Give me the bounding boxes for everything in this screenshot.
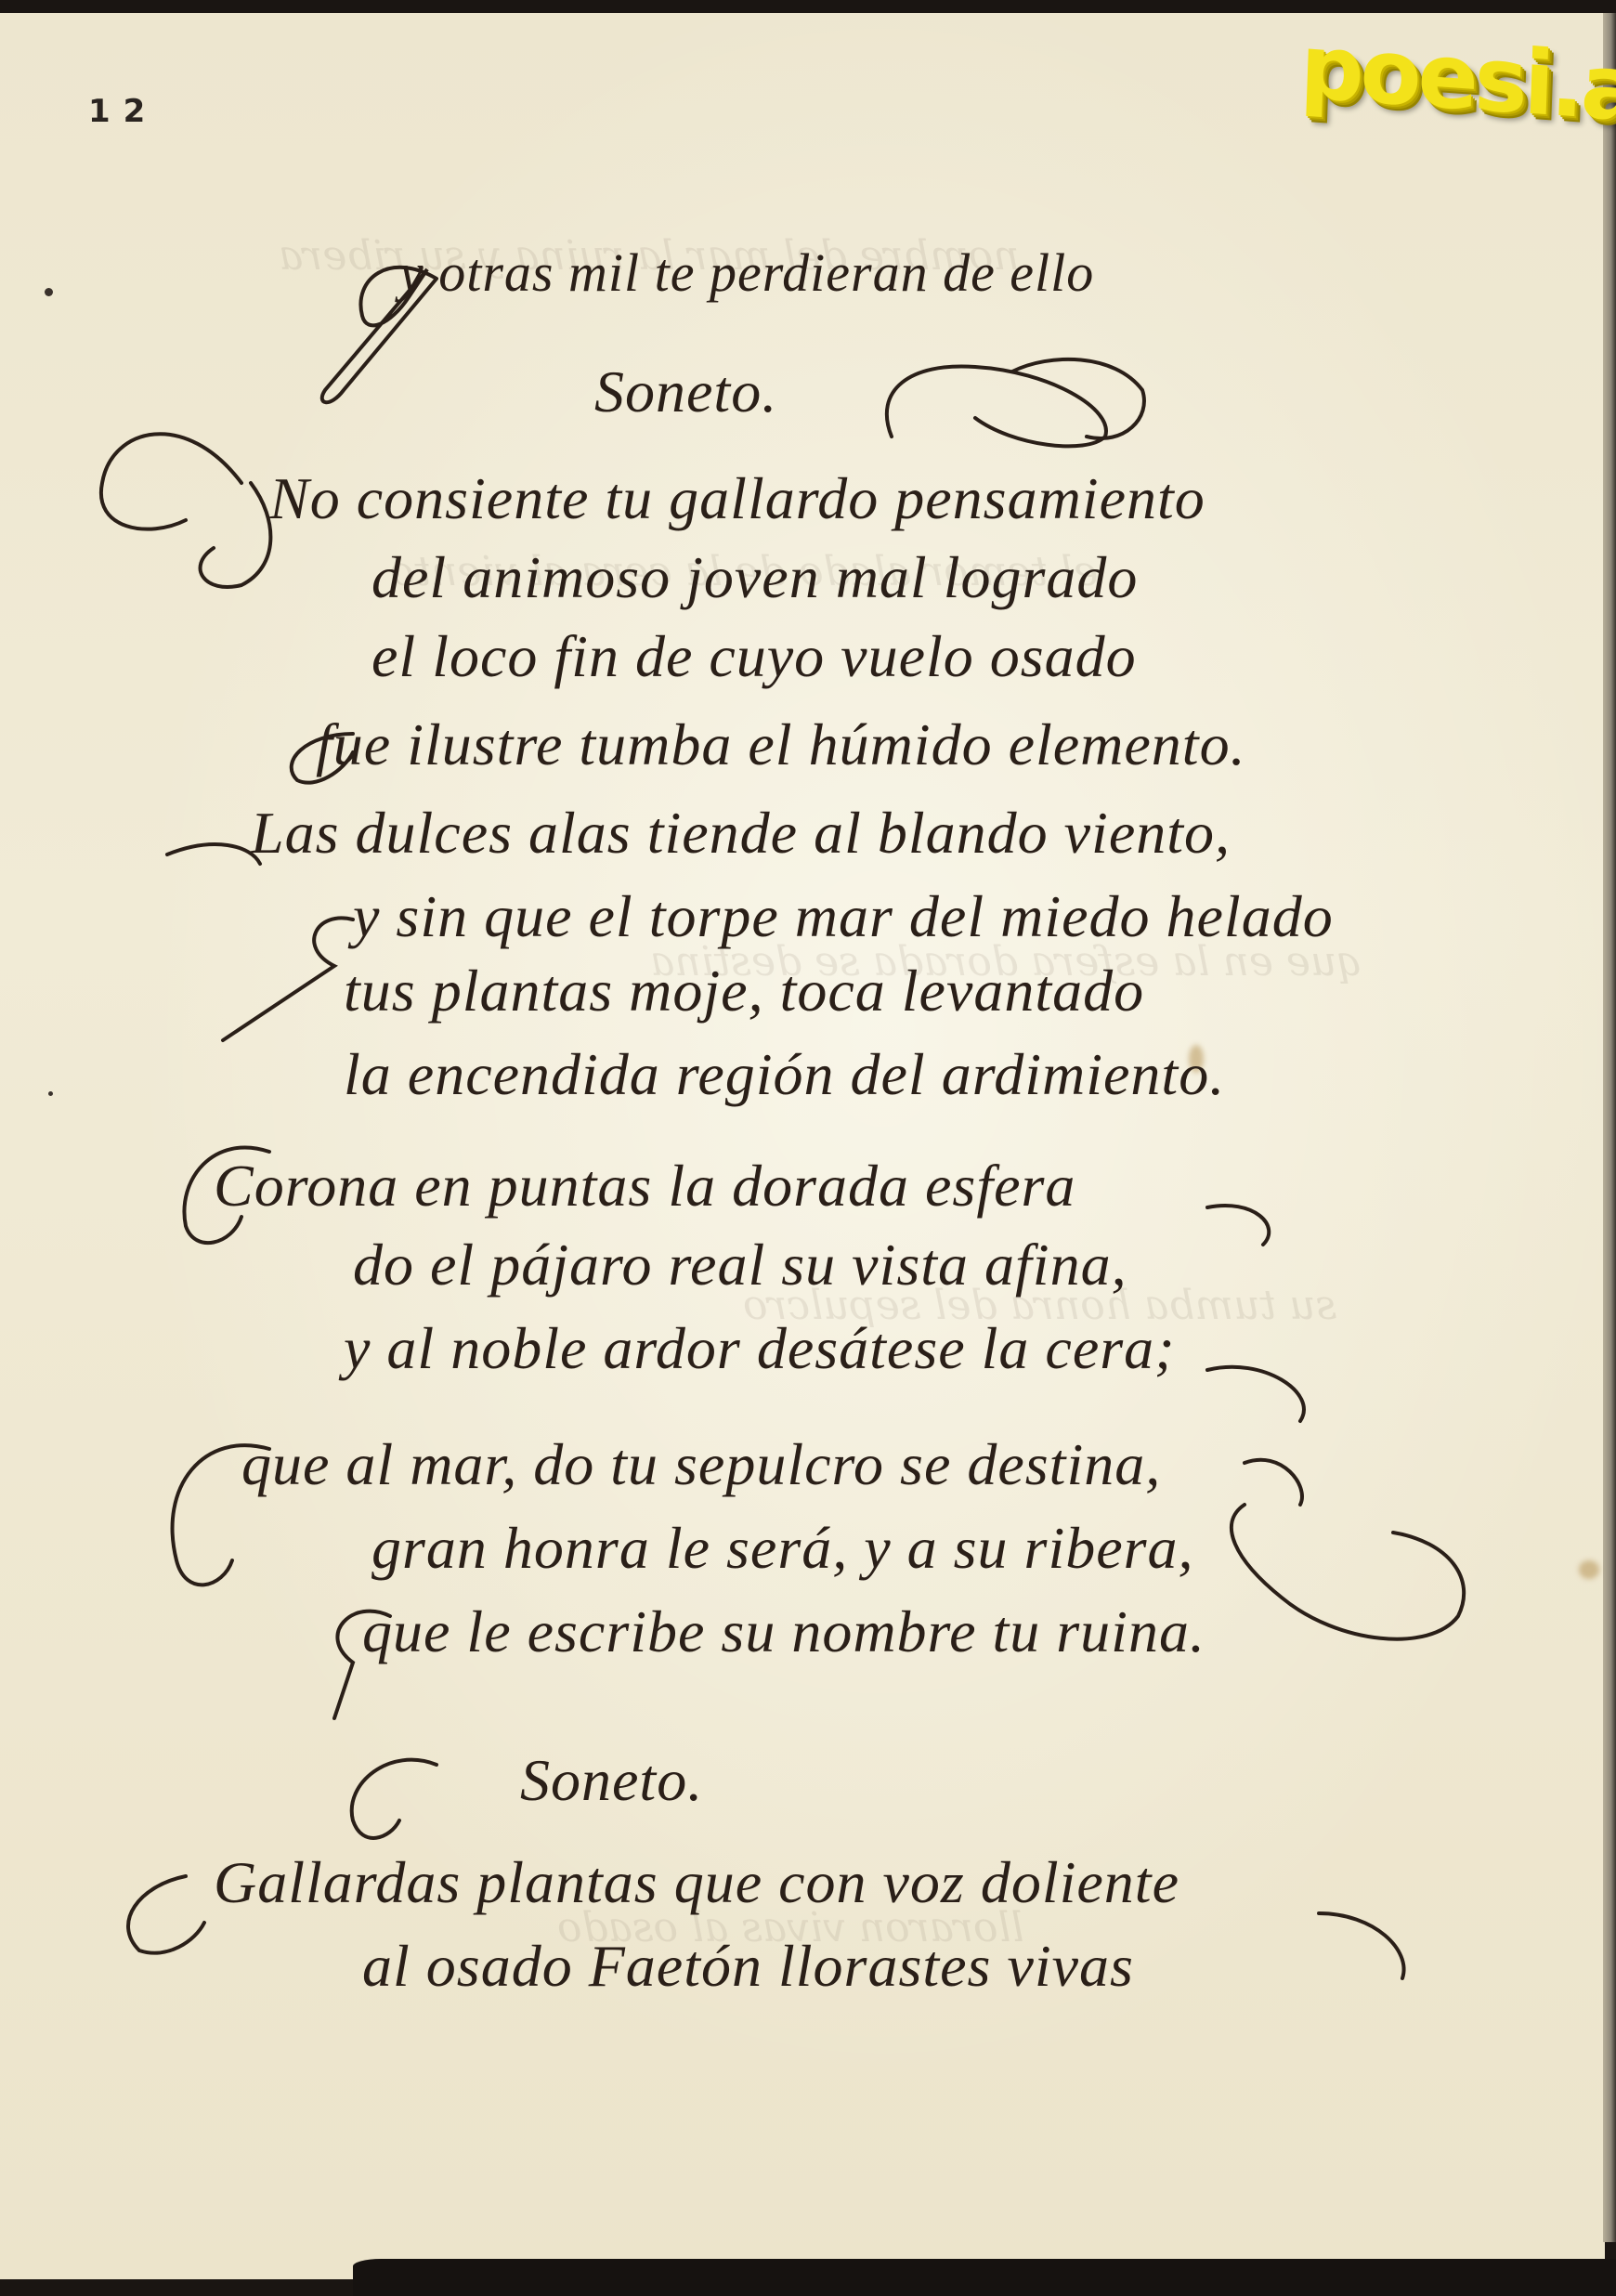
sonnet-line: Las dulces alas tiende al blando viento, [251,799,1231,868]
sonnet-line: del animoso joven mal logrado [371,543,1138,612]
sonnet-line: tus plantas moje, toca levantado [344,957,1144,1025]
sonnet-line: el loco fin de cuyo vuelo osado [371,622,1137,691]
sonnet-line: la encendida región del ardimiento. [344,1040,1225,1109]
sonnet-line: gran honra le será, y a su ribera, [371,1514,1194,1583]
sonnet-line: al osado Faetón llorastes vivas [362,1932,1134,2001]
binding-shadow [353,2259,1616,2296]
sonnet-line: y al noble ardor desátese la cera; [344,1314,1175,1383]
sonnet-line: do el pájaro real su vista afina, [353,1231,1127,1299]
sonnet-line: fue ilustre tumba el húmido elemento. [316,711,1246,779]
sonnet-line: Corona en puntas la dorada esfera [214,1152,1075,1220]
sonnet-line: y sin que el torpe mar del miedo helado [353,882,1334,951]
sonnet-line: que le escribe su nombre tu ruina. [362,1598,1205,1666]
sonnet-heading: Soneto. [520,1746,703,1815]
ink-stain [1579,1560,1599,1579]
sonnet-line: No consiente tu gallardo pensamiento [269,464,1205,533]
folio-mark: 12 [88,93,158,130]
header-line: y otras mil te perdieran de ello [399,241,1094,304]
ink-dot [48,1091,53,1096]
page-edge [1603,13,1616,2242]
sonnet-line: Gallardas plantas que con voz doliente [214,1848,1179,1917]
ink-dot [45,288,53,296]
sonnet-heading: Soneto. [594,358,777,426]
sonnet-line: que al mar, do tu sepulcro se destina, [241,1430,1161,1499]
